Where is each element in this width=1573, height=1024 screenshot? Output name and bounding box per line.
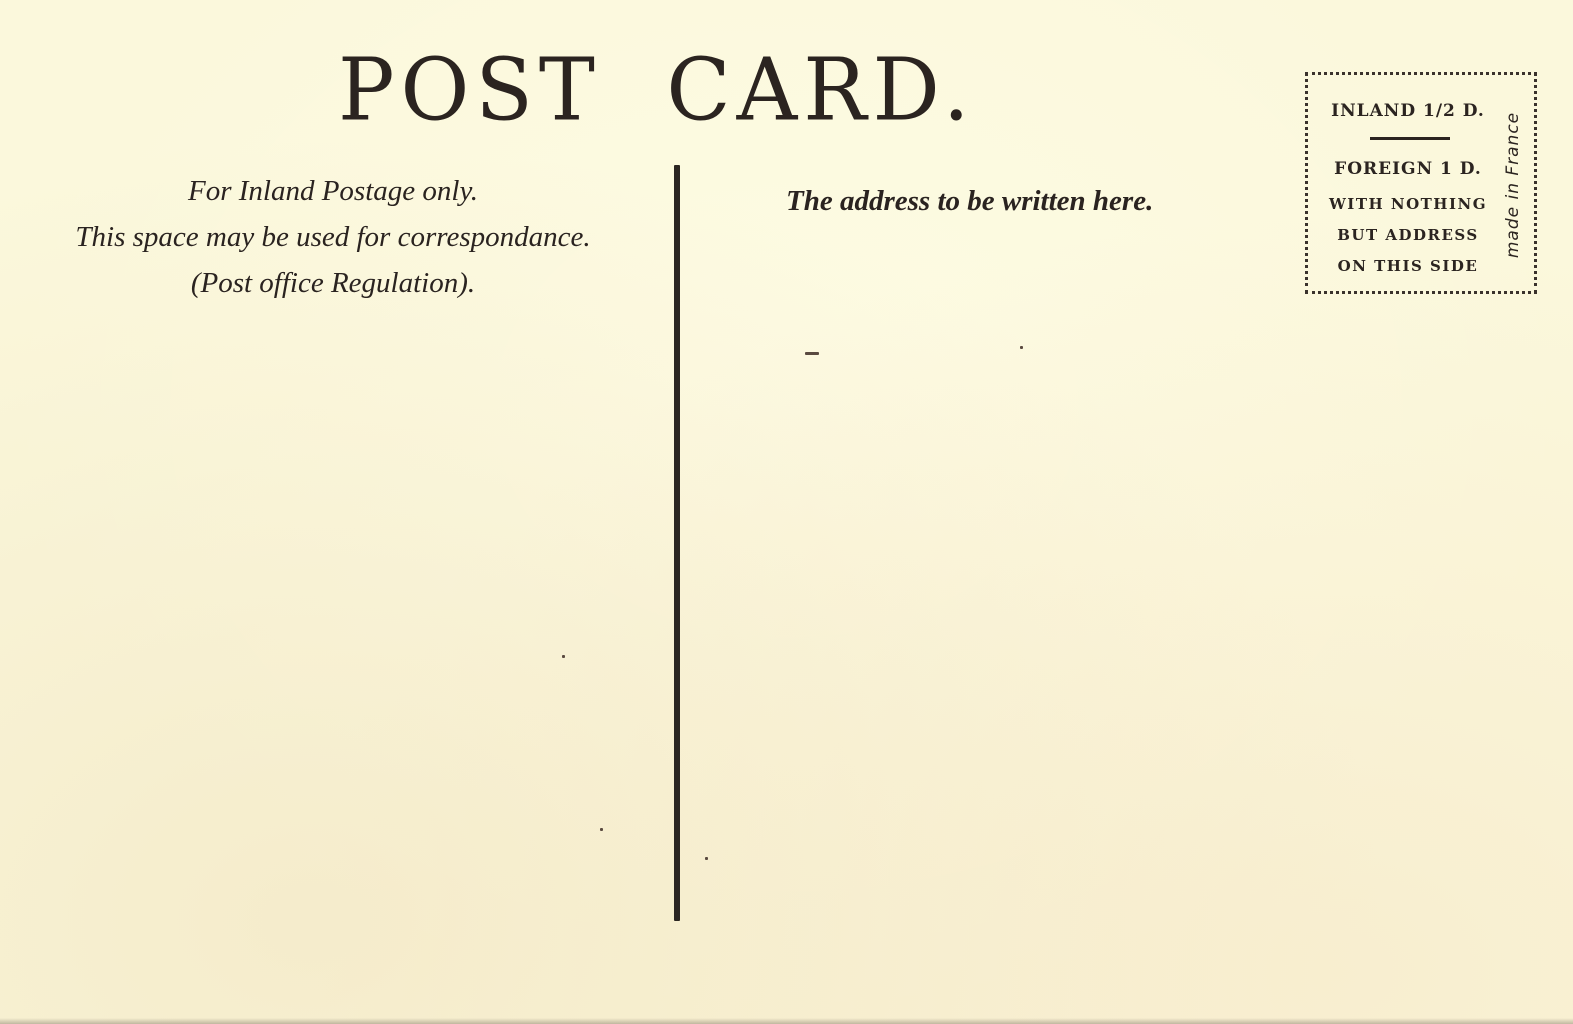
stamp-rates: INLAND 1/2 D. FOREIGN 1 D. WITH NOTHING … — [1308, 75, 1498, 291]
ink-speck — [600, 828, 603, 831]
correspondence-instructions: For Inland Postage only. This space may … — [18, 168, 648, 306]
stamp-line-2: BUT ADDRESS — [1308, 226, 1508, 244]
made-in-france-text: made in France — [1503, 112, 1523, 258]
center-divider-line — [674, 165, 680, 921]
postcard-title: POST CARD. — [338, 47, 1018, 133]
inland-rate: INLAND 1/2 D. — [1308, 101, 1508, 121]
stamp-line-3: ON THIS SIDE — [1308, 257, 1508, 275]
ink-speck — [705, 857, 708, 860]
correspondence-note: This space may be used for correspondanc… — [18, 214, 648, 260]
stamp-box: INLAND 1/2 D. FOREIGN 1 D. WITH NOTHING … — [1305, 72, 1537, 294]
stamp-rule — [1370, 137, 1450, 140]
ink-speck — [1020, 346, 1023, 349]
foreign-rate: FOREIGN 1 D. — [1308, 159, 1508, 179]
card-bottom-edge — [0, 1018, 1573, 1024]
address-instruction: The address to be written here. — [786, 178, 1236, 224]
stamp-line-1: WITH NOTHING — [1308, 195, 1508, 213]
ink-speck — [562, 655, 565, 658]
address-section: The address to be written here. — [786, 178, 1236, 224]
regulation-note: (Post office Regulation). — [18, 260, 648, 306]
made-in-france-label: made in France — [1498, 95, 1528, 275]
postcard-back: POST CARD. For Inland Postage only. This… — [0, 0, 1573, 1024]
ink-speck — [805, 352, 819, 355]
inland-postage-note: For Inland Postage only. — [18, 168, 648, 214]
